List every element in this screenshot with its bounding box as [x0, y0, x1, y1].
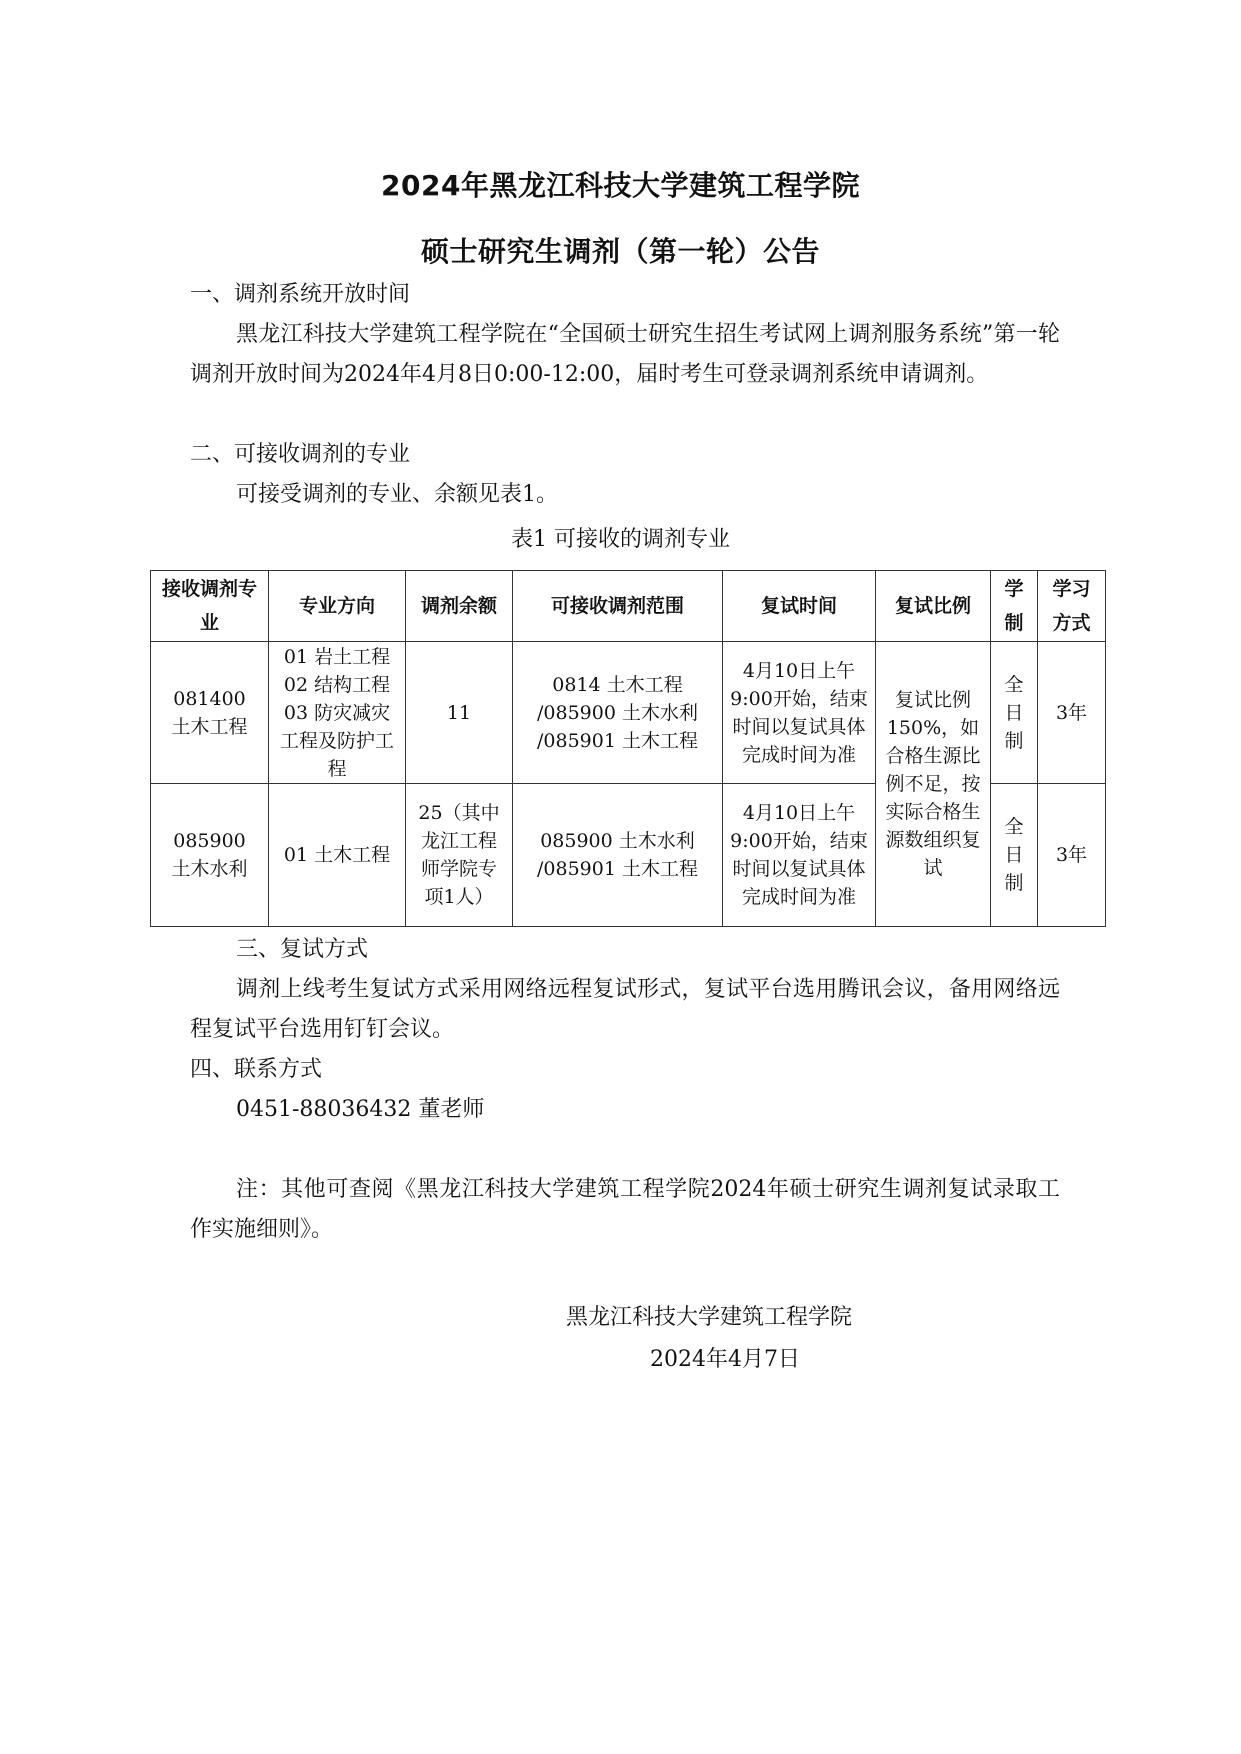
section1-body: 黑龙江科技大学建筑工程学院在“全国硕士研究生招生考试网上调剂服务系统”第一轮调剂… — [190, 315, 1060, 395]
header-interview-ratio: 复试比例 — [876, 571, 991, 642]
cell-length: 全日制 — [991, 642, 1038, 784]
cell-quota: 11 — [406, 642, 513, 784]
cell-interview-ratio: 复试比例150%，如合格生源比例不足，按实际合格生源数组织复试 — [876, 642, 991, 927]
cell-length: 全日制 — [991, 784, 1038, 927]
header-interview-time: 复试时间 — [723, 571, 876, 642]
cell-major: 085900 土木水利 — [151, 784, 269, 927]
cell-interview-time: 4月10日上午9:00开始，结束时间以复试具体完成时间为准 — [723, 784, 876, 927]
cell-interview-time: 4月10日上午9:00开始，结束时间以复试具体完成时间为准 — [723, 642, 876, 784]
signature-date: 2024年4月7日 — [650, 1340, 800, 1380]
table-caption: 表1 可接收的调剂专业 — [0, 520, 1241, 560]
header-mode: 学习方式 — [1038, 571, 1106, 642]
document-page: 2024年黑龙江科技大学建筑工程学院 硕士研究生调剂（第一轮）公告 一、调剂系统… — [0, 0, 1241, 1754]
section4-heading: 四、联系方式 — [190, 1050, 322, 1090]
section2-body: 可接受调剂的专业、余额见表1。 — [236, 475, 558, 515]
section3-heading: 三、复试方式 — [236, 930, 368, 970]
document-title-line1: 2024年黑龙江科技大学建筑工程学院 — [0, 164, 1241, 204]
header-scope: 可接收调剂范围 — [513, 571, 723, 642]
cell-direction: 01 岩土工程 02 结构工程 03 防灾减灾工程及防护工程 — [269, 642, 406, 784]
cell-quota: 25（其中龙江工程师学院专项1人） — [406, 784, 513, 927]
signature-org: 黑龙江科技大学建筑工程学院 — [566, 1298, 852, 1338]
header-length: 学制 — [991, 571, 1038, 642]
section1-heading: 一、调剂系统开放时间 — [190, 275, 410, 315]
header-quota: 调剂余额 — [406, 571, 513, 642]
majors-table: 接收调剂专业 专业方向 调剂余额 可接收调剂范围 复试时间 复试比例 学制 学习… — [150, 570, 1106, 927]
cell-direction: 01 土木工程 — [269, 784, 406, 927]
header-direction: 专业方向 — [269, 571, 406, 642]
cell-mode: 3年 — [1038, 642, 1106, 784]
cell-scope: 085900 土木水利 /085901 土木工程 — [513, 784, 723, 927]
cell-mode: 3年 — [1038, 784, 1106, 927]
section3-body: 调剂上线考生复试方式采用网络远程复试形式，复试平台选用腾讯会议，备用网络远程复试… — [190, 970, 1060, 1050]
header-major: 接收调剂专业 — [151, 571, 269, 642]
cell-major: 081400 土木工程 — [151, 642, 269, 784]
table-row: 081400 土木工程 01 岩土工程 02 结构工程 03 防灾减灾工程及防护… — [151, 642, 1106, 784]
section2-heading: 二、可接收调剂的专业 — [190, 435, 410, 475]
note-text: 注：其他可查阅《黑龙江科技大学建筑工程学院2024年硕士研究生调剂复试录取工作实… — [190, 1170, 1060, 1250]
cell-scope: 0814 土木工程 /085900 土木水利 /085901 土木工程 — [513, 642, 723, 784]
contact-info: 0451-88036432 董老师 — [236, 1090, 484, 1130]
document-title-line2: 硕士研究生调剂（第一轮）公告 — [0, 230, 1241, 270]
table-header-row: 接收调剂专业 专业方向 调剂余额 可接收调剂范围 复试时间 复试比例 学制 学习… — [151, 571, 1106, 642]
